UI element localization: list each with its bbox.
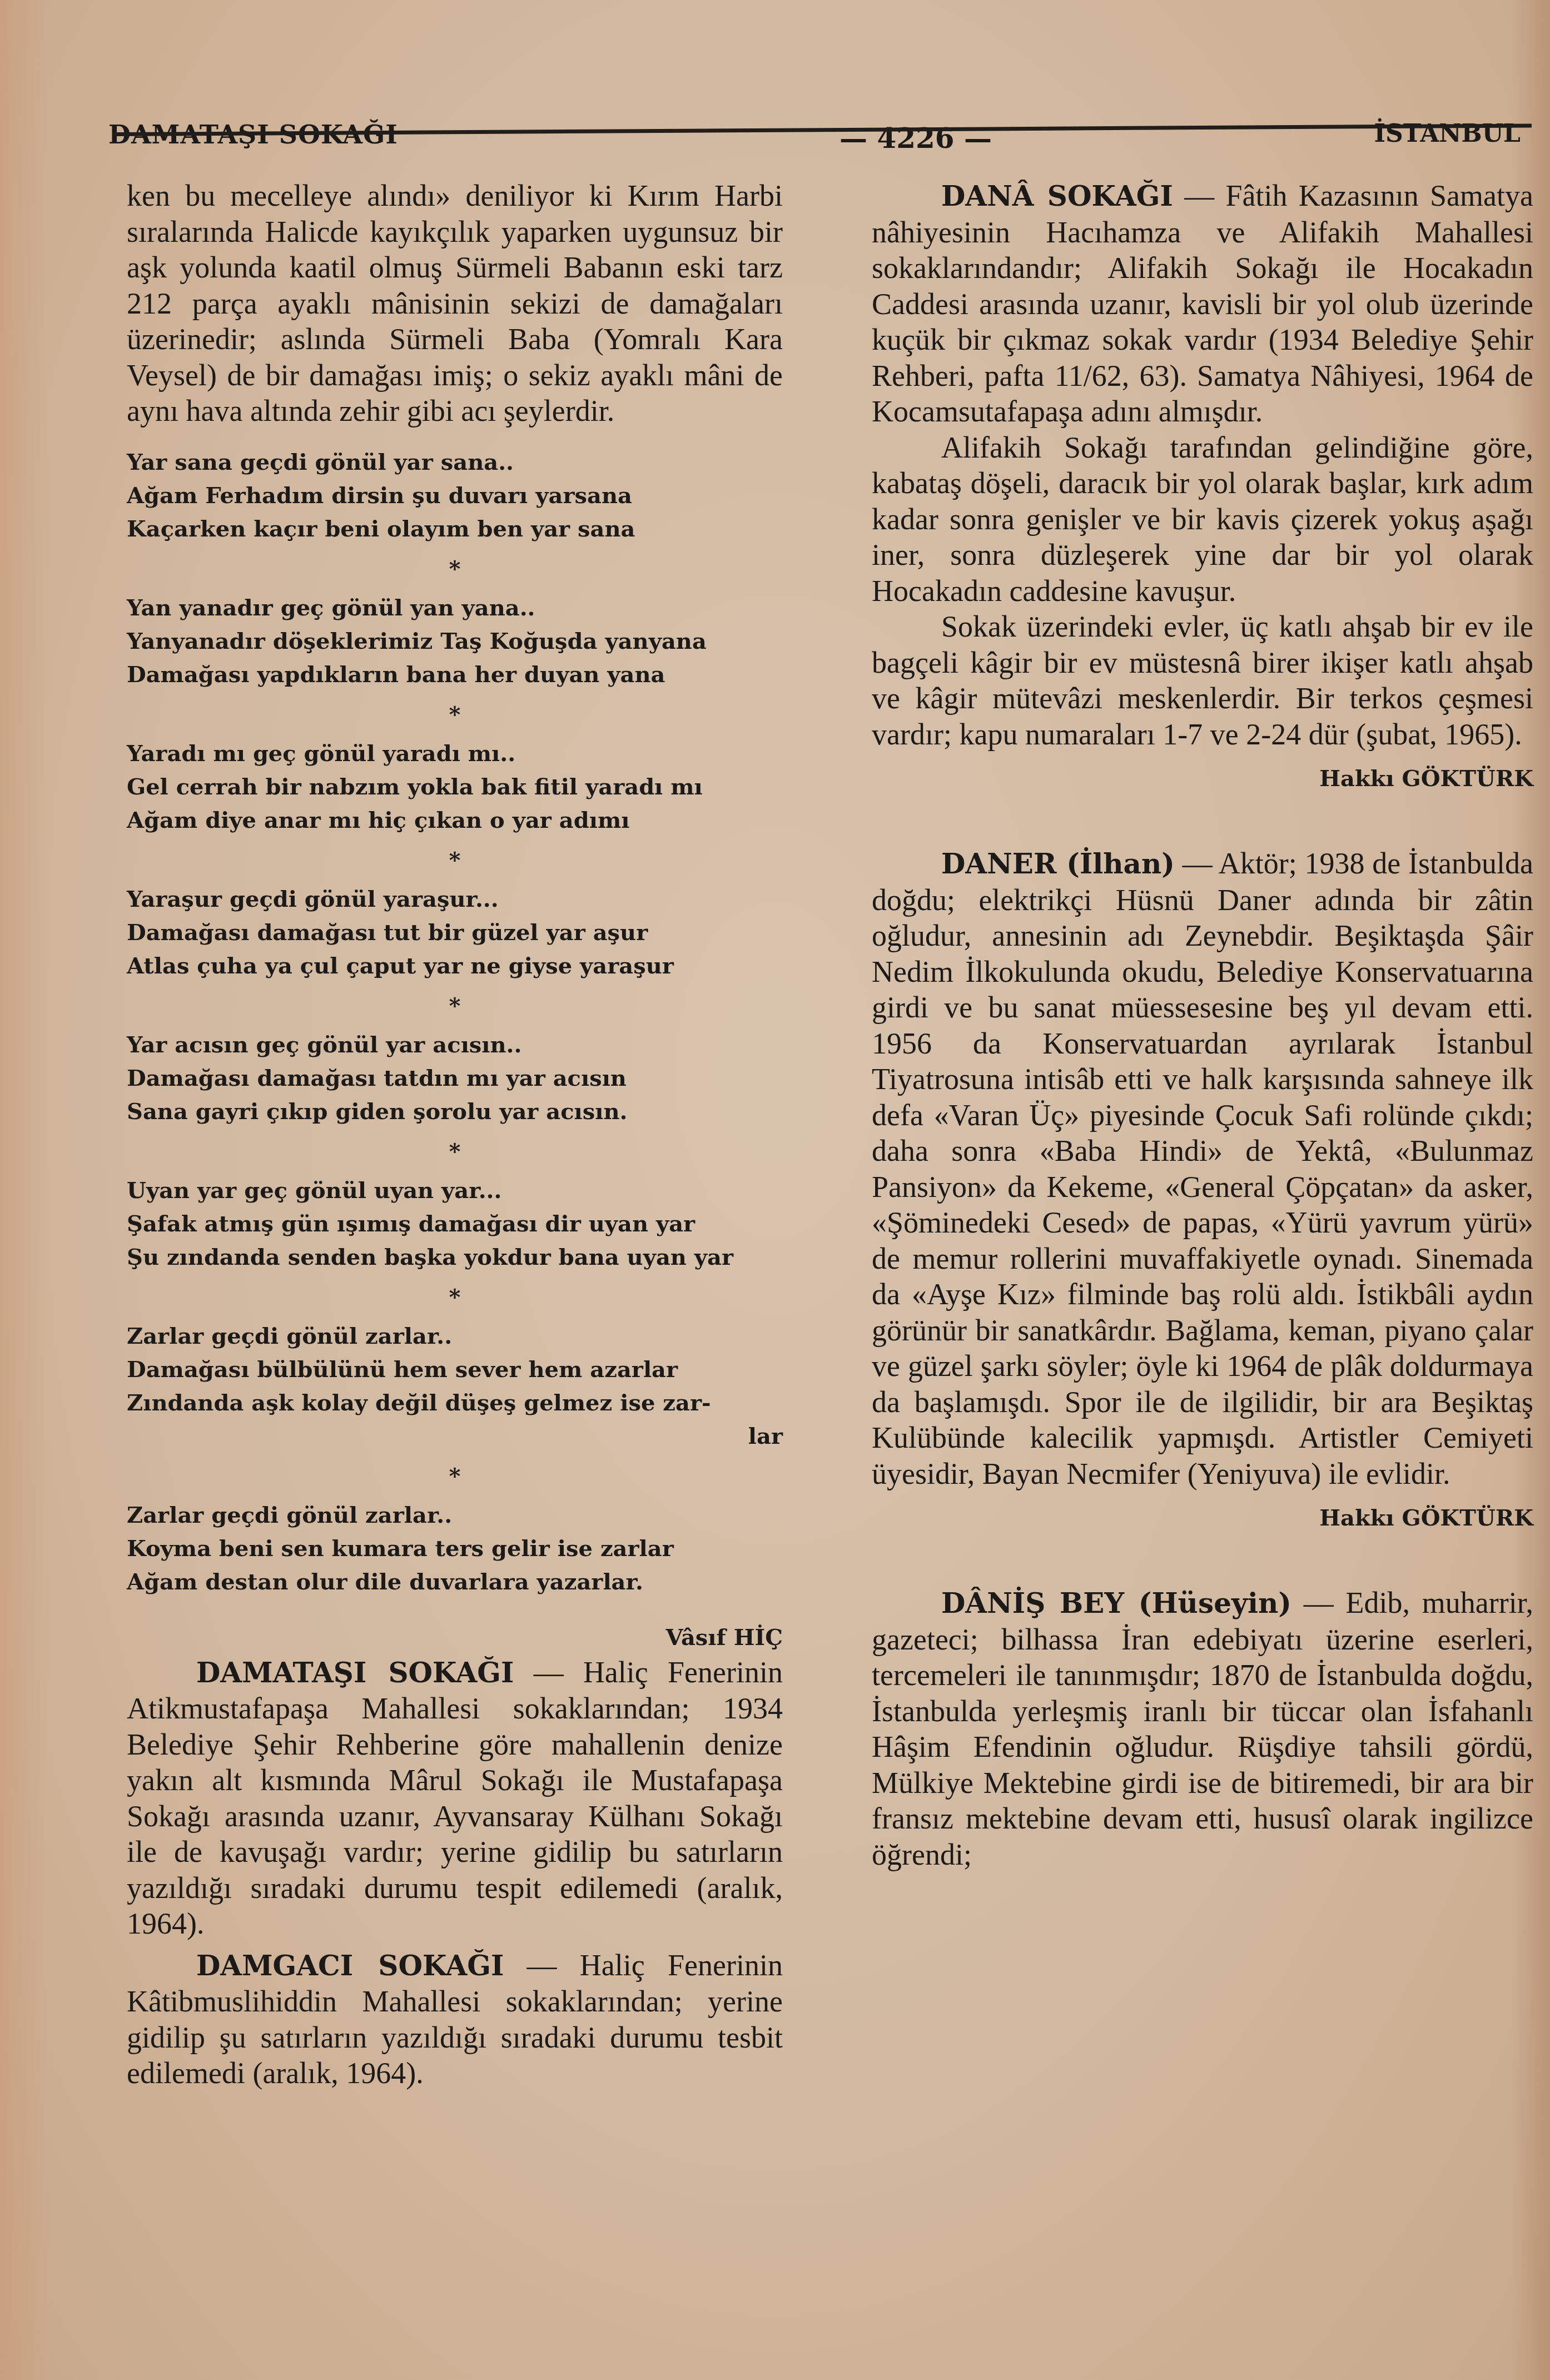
entry-title: DÂNİŞ BEY (Hüseyin)	[941, 1587, 1291, 1619]
poem-line: Şu zındanda senden başka yokdur bana uya…	[127, 1241, 783, 1274]
entry-dash: —	[514, 1656, 583, 1689]
poem-line: Gel cerrah bir nabzım yokla bak fitil ya…	[127, 771, 783, 804]
stanza-separator: *	[127, 1281, 783, 1314]
poem-line: Atlas çuha ya çul çaput yar ne giyse yar…	[127, 950, 783, 983]
poem-stanza: Uyan yar geç gönül uyan yar... Şafak atm…	[127, 1174, 783, 1274]
stanza-separator: *	[127, 698, 783, 732]
poem-line: Ağam diye anar mı hiç çıkan o yar adımı	[127, 804, 783, 837]
poem-stanza: Yaraşur geçdi gönül yaraşur... Damağası …	[127, 883, 783, 983]
poem-line: Zındanda aşk kolay değil düşeş gelmez is…	[127, 1387, 783, 1420]
poem-stanza: Zarlar geçdi gönül zarlar.. Koyma beni s…	[127, 1499, 783, 1599]
poem-line: Yan yanadır geç gönül yan yana..	[127, 592, 783, 625]
right-column: DANÂ SOKAĞI — Fâtih Kazasının Samatya nâ…	[872, 178, 1533, 1872]
stanza-separator: *	[127, 990, 783, 1023]
poem-line: Yaraşur geçdi gönül yaraşur...	[127, 883, 783, 916]
left-column: ken bu mecelleye alındı» deniliyor ki Kı…	[127, 178, 783, 2091]
stanza-separator: *	[127, 553, 783, 586]
entry-damgaci-sokagi: DAMGACI SOKAĞI — Haliç Fenerinin Kâtibmu…	[127, 1947, 783, 2091]
stanza-separator: *	[127, 1460, 783, 1493]
author-signature: Vâsıf HİÇ	[127, 1621, 783, 1654]
poem-line: Yar sana geçdi gönül yar sana..	[127, 446, 783, 479]
poem-line: Damağası bülbülünü hem sever hem azarlar	[127, 1353, 783, 1387]
poem-stanza: Zarlar geçdi gönül zarlar.. Damağası bül…	[127, 1320, 783, 1453]
entry-text: Edib, muharrir, gazeteci; bilhassa İran …	[872, 1586, 1533, 1871]
stanza-separator: *	[127, 1135, 783, 1169]
intro-paragraph: ken bu mecelleye alındı» deniliyor ki Kı…	[127, 178, 783, 429]
poem-line: Yaradı mı geç gönül yaradı mı..	[127, 737, 783, 771]
poem-line: Zarlar geçdi gönül zarlar..	[127, 1320, 783, 1353]
entry-title: DAMGACI SOKAĞI	[196, 1949, 504, 1982]
entry-damatasi-sokagi: DAMATAŞI SOKAĞI — Haliç Fenerinin Atikmu…	[127, 1654, 783, 1942]
entry-danis-bey: DÂNİŞ BEY (Hüseyin) — Edib, muharrir, ga…	[872, 1585, 1533, 1872]
poem-stanza: Yar sana geçdi gönül yar sana.. Ağam Fer…	[127, 446, 783, 546]
entry-text: Aktör; 1938 de İstanbulda doğdu; elektri…	[872, 847, 1533, 1490]
poem-line: Zarlar geçdi gönül zarlar..	[127, 1499, 783, 1532]
author-signature: Hakkı GÖKTÜRK	[872, 762, 1533, 796]
page-left-shadow	[0, 0, 50, 2380]
poem-line: Şafak atmış gün ışımış damağası dir uyan…	[127, 1208, 783, 1241]
entry-dash: —	[1175, 847, 1219, 880]
poem-stanza: Yar acısın geç gönül yar acısın.. Damağa…	[127, 1028, 783, 1129]
entry-title: DANÂ SOKAĞI	[941, 180, 1173, 212]
author-signature: Hakkı GÖKTÜRK	[872, 1502, 1533, 1535]
poem-line-continuation: lar	[127, 1420, 783, 1453]
entry-dash: —	[1173, 179, 1226, 212]
entry-paragraph: Sokak üzerindeki evler, üç katlı ahşab b…	[872, 609, 1533, 752]
poem-line: Sana gayri çıkıp giden şorolu yar acısın…	[127, 1095, 783, 1129]
poem-line: Ağam Ferhadım dirsin şu duvarı yarsana	[127, 479, 783, 513]
entry-title: DAMATAŞI SOKAĞI	[196, 1656, 514, 1689]
stanza-separator: *	[127, 844, 783, 877]
poem-line: Damağası yapdıkların bana her duyan yana	[127, 658, 783, 692]
entry-dana-sokagi: DANÂ SOKAĞI — Fâtih Kazasının Samatya nâ…	[872, 178, 1533, 796]
poem-line: Damağası damağası tut bir güzel yar aşur	[127, 916, 783, 950]
entry-dash: —	[1291, 1586, 1346, 1619]
entry-dash: —	[504, 1949, 580, 1982]
entry-text: Haliç Fenerinin Atikmustafapaşa Mahalles…	[127, 1656, 783, 1941]
entry-daner-ilhan: DANER (İlhan) — Aktör; 1938 de İstanbuld…	[872, 846, 1533, 1535]
poem: Yar sana geçdi gönül yar sana.. Ağam Fer…	[127, 446, 783, 1599]
poem-line: Damağası damağası tatdın mı yar acısın	[127, 1062, 783, 1095]
poem-line: Yar acısın geç gönül yar acısın..	[127, 1028, 783, 1062]
poem-line: Uyan yar geç gönül uyan yar...	[127, 1174, 783, 1208]
poem-line: Ağam destan olur dile duvarlara yazarlar…	[127, 1566, 783, 1599]
entry-text: Fâtih Kazasının Samatya nâhiyesinin Hacı…	[872, 179, 1533, 428]
poem-line: Yanyanadır döşeklerimiz Taş Koğuşda yany…	[127, 625, 783, 658]
poem-stanza: Yaradı mı geç gönül yaradı mı.. Gel cerr…	[127, 737, 783, 837]
poem-line: Kaçarken kaçır beni olayım ben yar sana	[127, 513, 783, 546]
poem-stanza: Yan yanadır geç gönül yan yana.. Yanyana…	[127, 592, 783, 692]
entry-title: DANER (İlhan)	[941, 847, 1175, 880]
entry-paragraph: Alifakih Sokağı tarafından gelindiğine g…	[872, 430, 1533, 609]
poem-line: Koyma beni sen kumara ters gelir ise zar…	[127, 1532, 783, 1566]
